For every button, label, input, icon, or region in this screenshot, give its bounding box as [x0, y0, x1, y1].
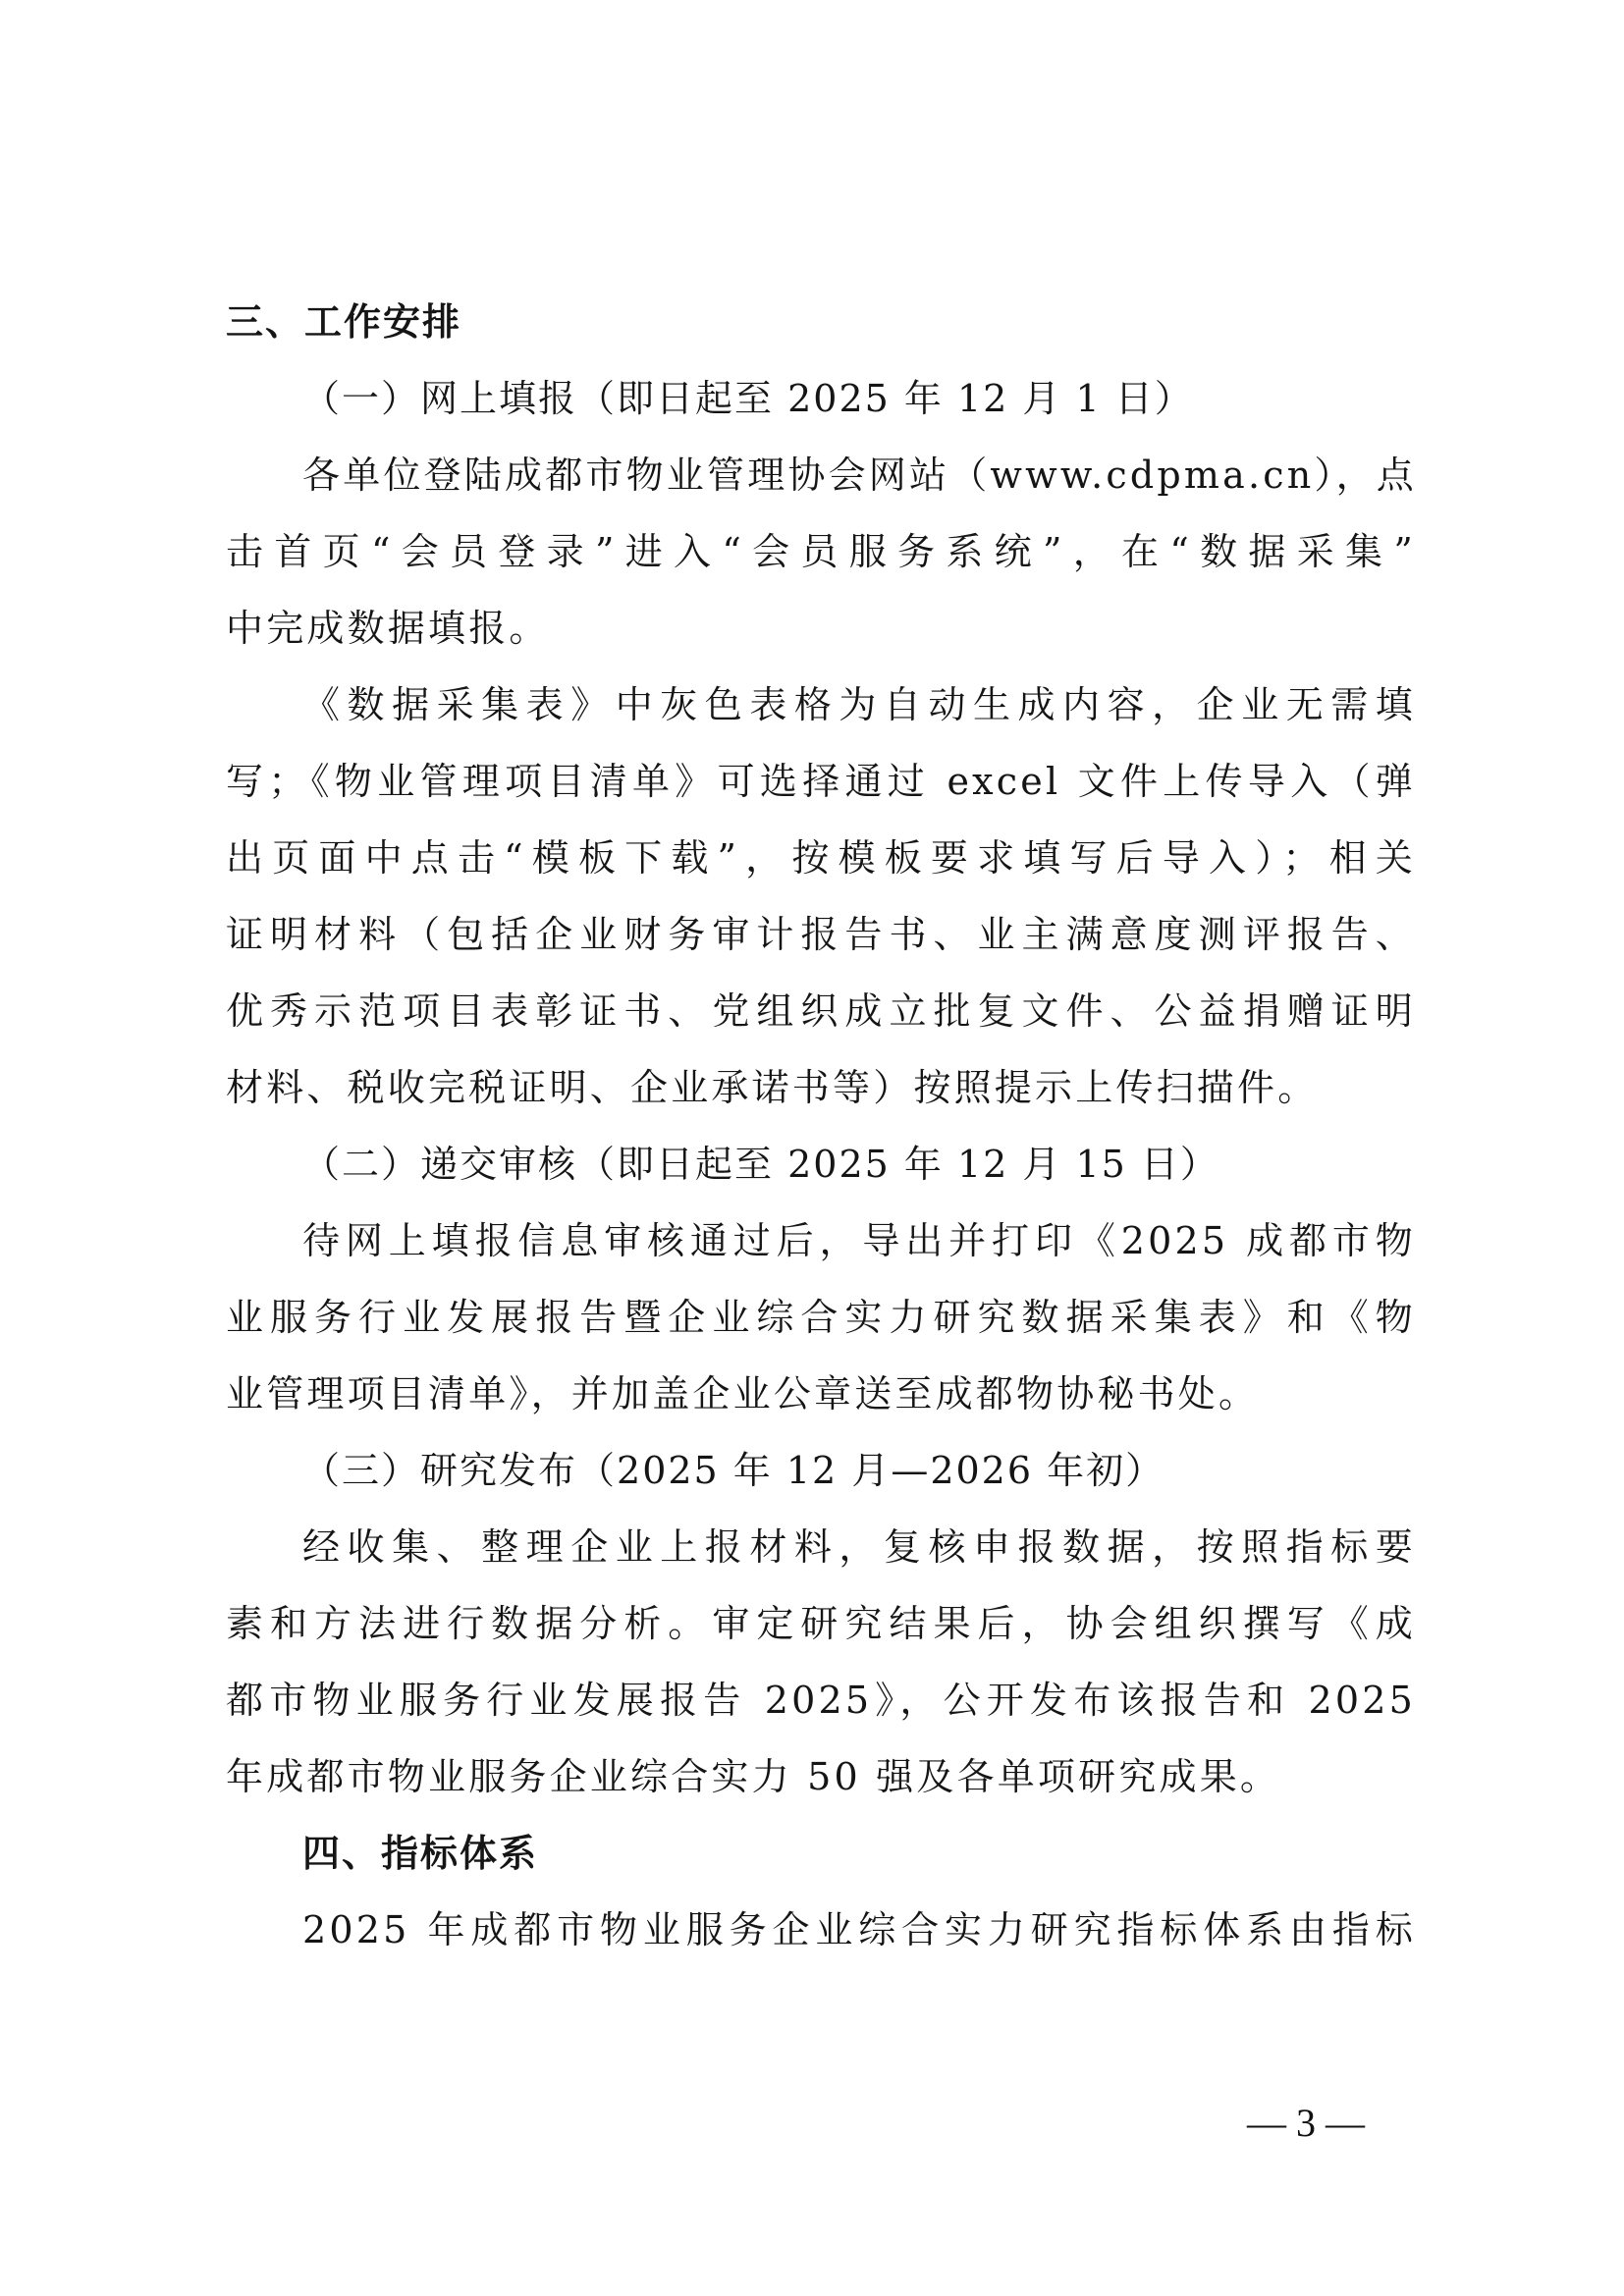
paragraph-line: 业管理项目清单》，并加盖企业公章送至成都物协秘书处。	[226, 1366, 1416, 1421]
paragraph-line: 中完成数据填报。	[226, 601, 1416, 656]
paragraph-line: 2025 年成都市物业服务企业综合实力研究指标体系由指标	[302, 1902, 1416, 1957]
paragraph-line: 优秀示范项目表彰证书、党组织成立批复文件、公益捐赠证明	[226, 984, 1416, 1039]
paragraph-line: 各单位登陆成都市物业管理协会网站（www.cdpma.cn），点	[302, 448, 1416, 503]
paragraph-line: 《数据采集表》中灰色表格为自动生成内容，企业无需填	[302, 677, 1416, 732]
paragraph-line: 待网上填报信息审核通过后，导出并打印《2025 成都市物	[302, 1213, 1416, 1268]
subsection-date: （即日起至 2025 年 12 月 1 日）	[577, 377, 1194, 420]
paragraph-line: 都市物业服务行业发展报告 2025》，公开发布该报告和 2025	[226, 1673, 1416, 1728]
section-heading-indicator-system: 四、指标体系	[302, 1826, 1416, 1881]
subsection-date: （即日起至 2025 年 12 月 15 日）	[577, 1143, 1219, 1186]
paragraph-line: 出页面中点击“模板下载”，按模板要求填写后导入）；相关	[226, 830, 1416, 885]
subsection-label: （二）递交审核	[302, 1143, 577, 1186]
page-number: — 3 —	[1227, 2099, 1384, 2148]
paragraph-line: 素和方法进行数据分析。审定研究结果后，协会组织撰写《成	[226, 1596, 1416, 1651]
subsection-online-filing: （一）网上填报（即日起至 2025 年 12 月 1 日）	[302, 371, 1416, 426]
subsection-date: （2025 年 12 月—2026 年初）	[577, 1449, 1164, 1492]
section-heading-work-arrangement: 三、工作安排	[226, 294, 1416, 349]
subsection-submit-review: （二）递交审核（即日起至 2025 年 12 月 15 日）	[302, 1137, 1416, 1192]
paragraph-line: 材料、税收完税证明、企业承诺书等）按照提示上传扫描件。	[226, 1060, 1416, 1115]
paragraph-line: 击首页“会员登录”进入“会员服务系统”，在“数据采集”	[226, 524, 1416, 579]
document-page: 三、工作安排 （一）网上填报（即日起至 2025 年 12 月 1 日） 各单位…	[0, 0, 1624, 2296]
paragraph-line: 经收集、整理企业上报材料，复核申报数据，按照指标要	[302, 1520, 1416, 1575]
paragraph-line: 证明材料（包括企业财务审计报告书、业主满意度测评报告、	[226, 907, 1416, 962]
paragraph-line: 写；《物业管理项目清单》可选择通过 excel 文件上传导入（弹	[226, 754, 1416, 809]
subsection-label: （三）研究发布	[302, 1449, 577, 1492]
paragraph-line: 业服务行业发展报告暨企业综合实力研究数据采集表》和《物	[226, 1290, 1416, 1345]
subsection-research-release: （三）研究发布（2025 年 12 月—2026 年初）	[302, 1443, 1416, 1498]
paragraph-line: 年成都市物业服务企业综合实力 50 强及各单项研究成果。	[226, 1749, 1416, 1804]
subsection-label: （一）网上填报	[302, 377, 577, 420]
